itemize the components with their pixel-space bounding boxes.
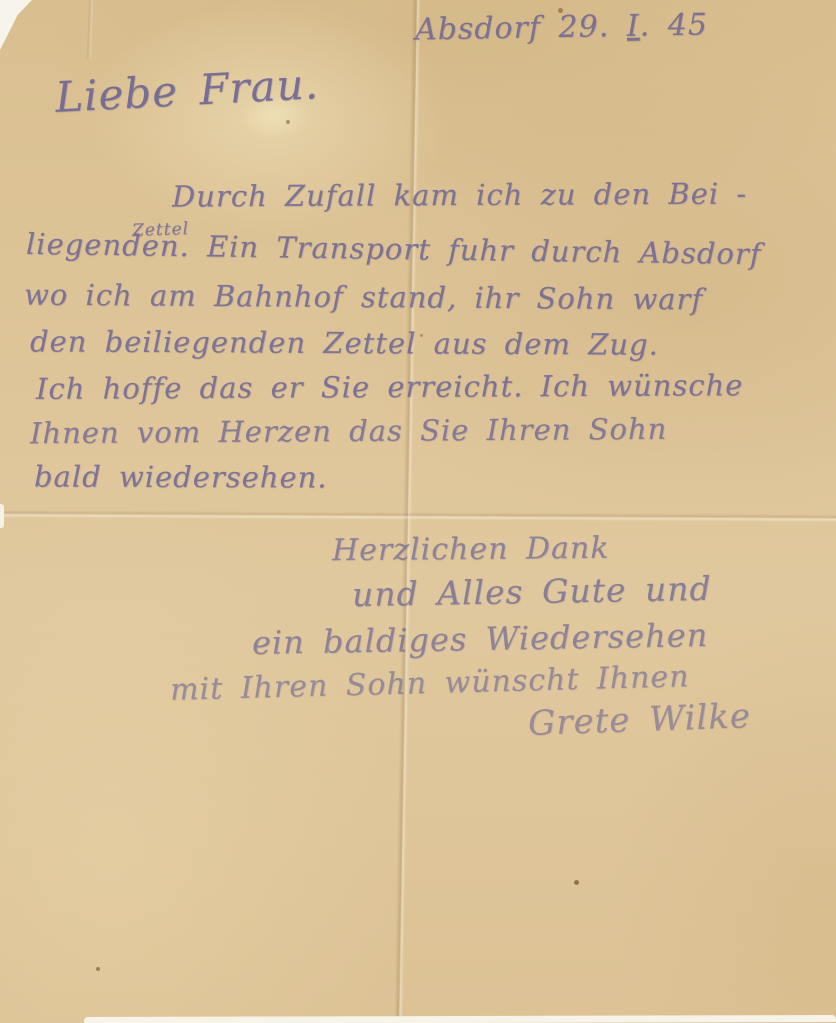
- dateline: Absdorf 29. I. 45: [415, 7, 708, 47]
- top-edge-crease: [87, 0, 93, 58]
- signature: Grete Wilke: [527, 696, 751, 744]
- dateline-month-numeral: I: [626, 9, 639, 44]
- body-line: Durch Zufall kam ich zu den Bei -: [172, 176, 747, 213]
- paper-speck: [574, 880, 579, 885]
- bottom-edge-tear: [84, 1015, 836, 1023]
- body-line: bald wiedersehen.: [34, 459, 328, 494]
- top-left-corner-tear: [0, 0, 32, 50]
- body-line: den beiliegenden Zettel aus dem Zug.: [30, 324, 659, 361]
- body-line: liegenden. Ein Transport fuhr durch Absd…: [26, 227, 762, 271]
- closing-line: ein baldiges Wiedersehen: [252, 616, 709, 662]
- body-line: Ich hoffe das er Sie erreicht. Ich wünsc…: [36, 368, 744, 406]
- horizontal-fold-crease: [0, 510, 836, 522]
- body-line: wo ich am Bahnhof stand, ihr Sohn warf: [24, 278, 703, 317]
- left-edge-tear: [0, 504, 4, 528]
- letter-paper: Absdorf 29. I. 45 Liebe Frau. Zettel Dur…: [0, 0, 836, 1023]
- paper-speck: [286, 120, 290, 124]
- closing-line: und Alles Gute und: [352, 569, 712, 614]
- paper-speck: [96, 967, 100, 971]
- dateline-place-day: Absdorf 29.: [415, 9, 610, 47]
- body-line: Ihnen vom Herzen das Sie Ihren Sohn: [30, 412, 668, 450]
- dateline-year: . 45: [639, 7, 708, 43]
- closing-line: Herzlichen Dank: [332, 531, 610, 568]
